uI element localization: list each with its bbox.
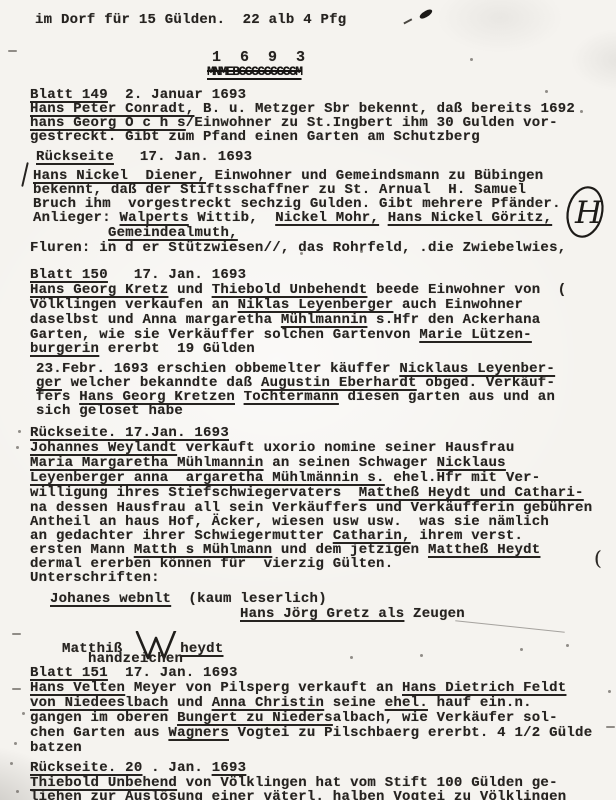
text-segment — [235, 389, 244, 405]
text-segment: albach, wie Verkäufer sol- — [333, 710, 558, 726]
text-segment: im Dorf für 15 Gülden. 22 alb 4 Pfg — [35, 12, 346, 28]
text-line: gangen im oberen Bungert zu Niedersalbac… — [30, 711, 558, 726]
text-segment: 17. Jan. 1693 — [108, 267, 246, 283]
text-line: chen Garten aus Wagners Vogtei zu Pilsch… — [30, 726, 592, 741]
text-line: Johannes Weylandt verkauft uxorio nomine… — [30, 441, 514, 456]
text-line: im Dorf für 15 Gülden. 22 alb 4 Pfg — [35, 13, 346, 28]
underlined-text: heydt — [180, 641, 223, 657]
scan-noise-mark — [300, 252, 303, 255]
text-segment: auch Einwohner — [393, 297, 523, 313]
text-segment: ehel.Hfr mit Ver- — [385, 470, 541, 486]
text-line: batzen — [30, 741, 82, 756]
text-line: Johanes webnlt (kaum leserlich) — [50, 592, 327, 607]
underlined-text: burgerin — [30, 341, 99, 357]
text-segment: Wittib, — [189, 210, 276, 226]
text-segment: hauf ein.n. — [428, 695, 532, 711]
underlined-text: Blatt 150 — [30, 267, 108, 283]
margin-slash-mark — [21, 162, 29, 187]
text-line: liehen zur Auslösung einer väterl. halbe… — [30, 790, 566, 800]
text-segment: batzen — [30, 740, 82, 756]
scanned-document-page: im Dorf für 15 Gülden. 22 alb 4 Pfg1693M… — [0, 0, 616, 800]
underlined-text: Mattheß Heydt und Cathari- — [359, 485, 584, 501]
text-segment: willigung ihres Stiefschwiegervaters — [30, 485, 359, 501]
text-line: Fluren: in d er Stützwiesen//, das Rohrf… — [30, 241, 566, 256]
underlined-text: Nickel Mohr, — [275, 210, 379, 226]
text-segment: ererbt 19 Gülden — [99, 341, 255, 357]
text-line: Gemeindealmuth, — [108, 226, 238, 241]
scan-noise-mark — [580, 110, 583, 113]
scan-noise-mark — [520, 648, 523, 651]
text-segment: Meyer von Pilsperg verkauft an — [125, 680, 402, 696]
text-segment: verkauft uxorio nomine seiner Hausfrau — [177, 440, 514, 456]
underlined-text: Bungert zu Nieders — [177, 710, 333, 726]
scan-noise-mark — [12, 633, 21, 635]
underlined-text: von Niedeeslbach — [30, 695, 168, 711]
text-line: Hans Georg Kretz und Thiebold Unbehendt … — [30, 283, 566, 298]
text-segment: 17. Jan. 1693 — [114, 149, 252, 165]
text-line: Leyenberger anna argaretha Mühlmännin s.… — [30, 471, 540, 486]
scan-noise-mark — [566, 644, 569, 647]
text-line: Rückseite. 17.Jan. 1693 — [30, 426, 229, 441]
margin-paren-mark: ( — [594, 548, 602, 568]
text-segment: Anlieger: — [33, 210, 120, 226]
text-segment: sich geloset habe — [36, 403, 183, 419]
underlined-text: Hans Velten — [30, 680, 125, 696]
underlined-text: Marie Lützen- — [419, 327, 531, 343]
text-segment — [379, 210, 388, 226]
text-line: Rückseite. 20 . Jan. 1693 — [30, 761, 246, 776]
text-segment: beede Einwohner von ( — [367, 282, 566, 298]
text-segment: Vogtei zu Pilschbaerg ererbt. 4 1/2 Güld… — [229, 725, 592, 741]
underlined-text: Hans Georg Kretz — [30, 282, 168, 298]
underlined-text: Mühlmannin — [281, 312, 368, 328]
ink-mark — [418, 8, 433, 20]
underlined-text: Mattheß Heydt — [428, 542, 540, 558]
text-line: daselbst und Anna margaretha Mühlmannin … — [30, 313, 540, 328]
scan-noise-mark — [16, 790, 19, 793]
scan-noise-mark — [22, 712, 25, 715]
scan-noise-mark — [606, 726, 615, 728]
overstrike-row: MNMEBGGGGGGGGGM — [207, 64, 302, 79]
text-line: Maria Margaretha Mühlmannin an seinen Sc… — [30, 456, 506, 471]
text-line: gestreckt. Gibt zum Pfand einen Garten a… — [30, 130, 480, 145]
text-line: Hans Velten Meyer von Pilsperg verkauft … — [30, 681, 566, 696]
text-line: Rückseite 17. Jan. 1693 — [36, 150, 252, 165]
underlined-text: Anna Christin — [212, 695, 324, 711]
text-segment: chen Garten aus — [30, 725, 168, 741]
text-segment: diesen garten aus und an — [339, 389, 555, 405]
text-segment: an seinen Schwager — [264, 455, 437, 471]
circled-letter-text: H — [574, 195, 603, 231]
text-segment: gestreckt. Gibt zum Pfand einen Garten a… — [30, 129, 480, 145]
text-line: Blatt 151 17. Jan. 1693 — [30, 666, 238, 681]
scan-noise-mark — [350, 656, 353, 659]
underlined-text: ehel. — [385, 695, 428, 711]
underlined-text: Johanes webnlt — [50, 591, 171, 607]
text-segment: und — [168, 282, 211, 298]
underlined-text: Gemeindealmuth, — [108, 225, 238, 241]
text-segment: s.Hfr den Ackerhana — [367, 312, 540, 328]
scan-noise-mark — [455, 620, 565, 632]
underlined-text: Rückseite. 17.Jan. 1693 — [30, 425, 229, 441]
underlined-text: Hans Jörg Gretz als — [240, 606, 404, 622]
scan-noise-mark — [10, 762, 13, 765]
text-segment: Fluren: in d er Stützwiesen//, das Rohrf… — [30, 240, 566, 256]
text-segment: . Jan. — [142, 760, 211, 776]
scan-noise-mark — [18, 430, 21, 433]
underlined-text: Blatt 151 — [30, 665, 108, 681]
underlined-text: Tochtermann — [244, 389, 339, 405]
text-segment: MNMEBGGGGGGGGGM — [207, 64, 302, 79]
text-line: Blatt 150 17. Jan. 1693 — [30, 268, 246, 283]
scan-noise-mark — [420, 654, 423, 657]
scan-noise-mark — [14, 742, 17, 745]
scan-noise-mark — [16, 446, 19, 449]
underlined-text: 1693 — [212, 760, 247, 776]
text-line: von Niedeeslbach und Anna Christin seine… — [30, 696, 532, 711]
scan-noise-mark — [608, 690, 611, 693]
underlined-text: Walperts — [120, 210, 189, 226]
text-segment: gangen im oberen — [30, 710, 177, 726]
text-segment: ( — [594, 546, 602, 570]
underlined-text: Leyenberger anna argaretha Mühlmännin s. — [30, 470, 385, 486]
year-heading: 1693 — [212, 50, 324, 65]
underlined-text: Hans Nickel Göritz, — [388, 210, 552, 226]
scan-noise-mark — [360, 250, 363, 253]
text-segment: daselbst und Anna margaretha — [30, 312, 281, 328]
text-line: willigung ihres Stiefschwiegervaters Mat… — [30, 486, 584, 501]
underlined-text: Maria Margaretha Mühlmannin — [30, 455, 264, 471]
text-line: Völklingen verkaufen an Niklas Leyenberg… — [30, 298, 523, 313]
underlined-text: Rückseite — [36, 149, 114, 165]
underlined-text: Hans Dietrich Feldt — [402, 680, 566, 696]
text-line: Hans Jörg Gretz als Zeugen — [240, 607, 465, 622]
text-segment: Unterschriften: — [30, 570, 160, 586]
text-line: Anlieger: Walperts Wittib, Nickel Mohr, … — [33, 211, 552, 226]
text-segment: Völklingen verkaufen an — [30, 297, 238, 313]
text-segment: 17. Jan. 1693 — [108, 665, 238, 681]
underlined-text: Nicklaus — [437, 455, 506, 471]
scan-noise-mark — [12, 688, 21, 690]
underlined-text: Johannes Weylandt — [30, 440, 177, 456]
underlined-text: Thiebold Unbehendt — [212, 282, 368, 298]
circled-letter-annotation: H — [556, 182, 614, 242]
text-line: burgerin ererbt 19 Gülden — [30, 342, 255, 357]
underlined-text: Rückseite. 20 — [30, 760, 142, 776]
text-segment: seine — [324, 695, 385, 711]
text-segment: (kaum leserlich) — [171, 591, 327, 607]
underlined-text: Wagners — [168, 725, 229, 741]
scan-noise-mark — [470, 58, 473, 61]
text-line: Unterschriften: — [30, 571, 160, 586]
scan-noise-mark — [545, 90, 548, 93]
scan-noise-mark — [8, 50, 17, 52]
underlined-text: Niklas Leyenberger — [238, 297, 394, 313]
text-line: sich geloset habe — [36, 404, 183, 419]
text-segment: liehen zur Auslösung einer väterl. halbe… — [30, 789, 566, 800]
text-segment: und — [168, 695, 211, 711]
